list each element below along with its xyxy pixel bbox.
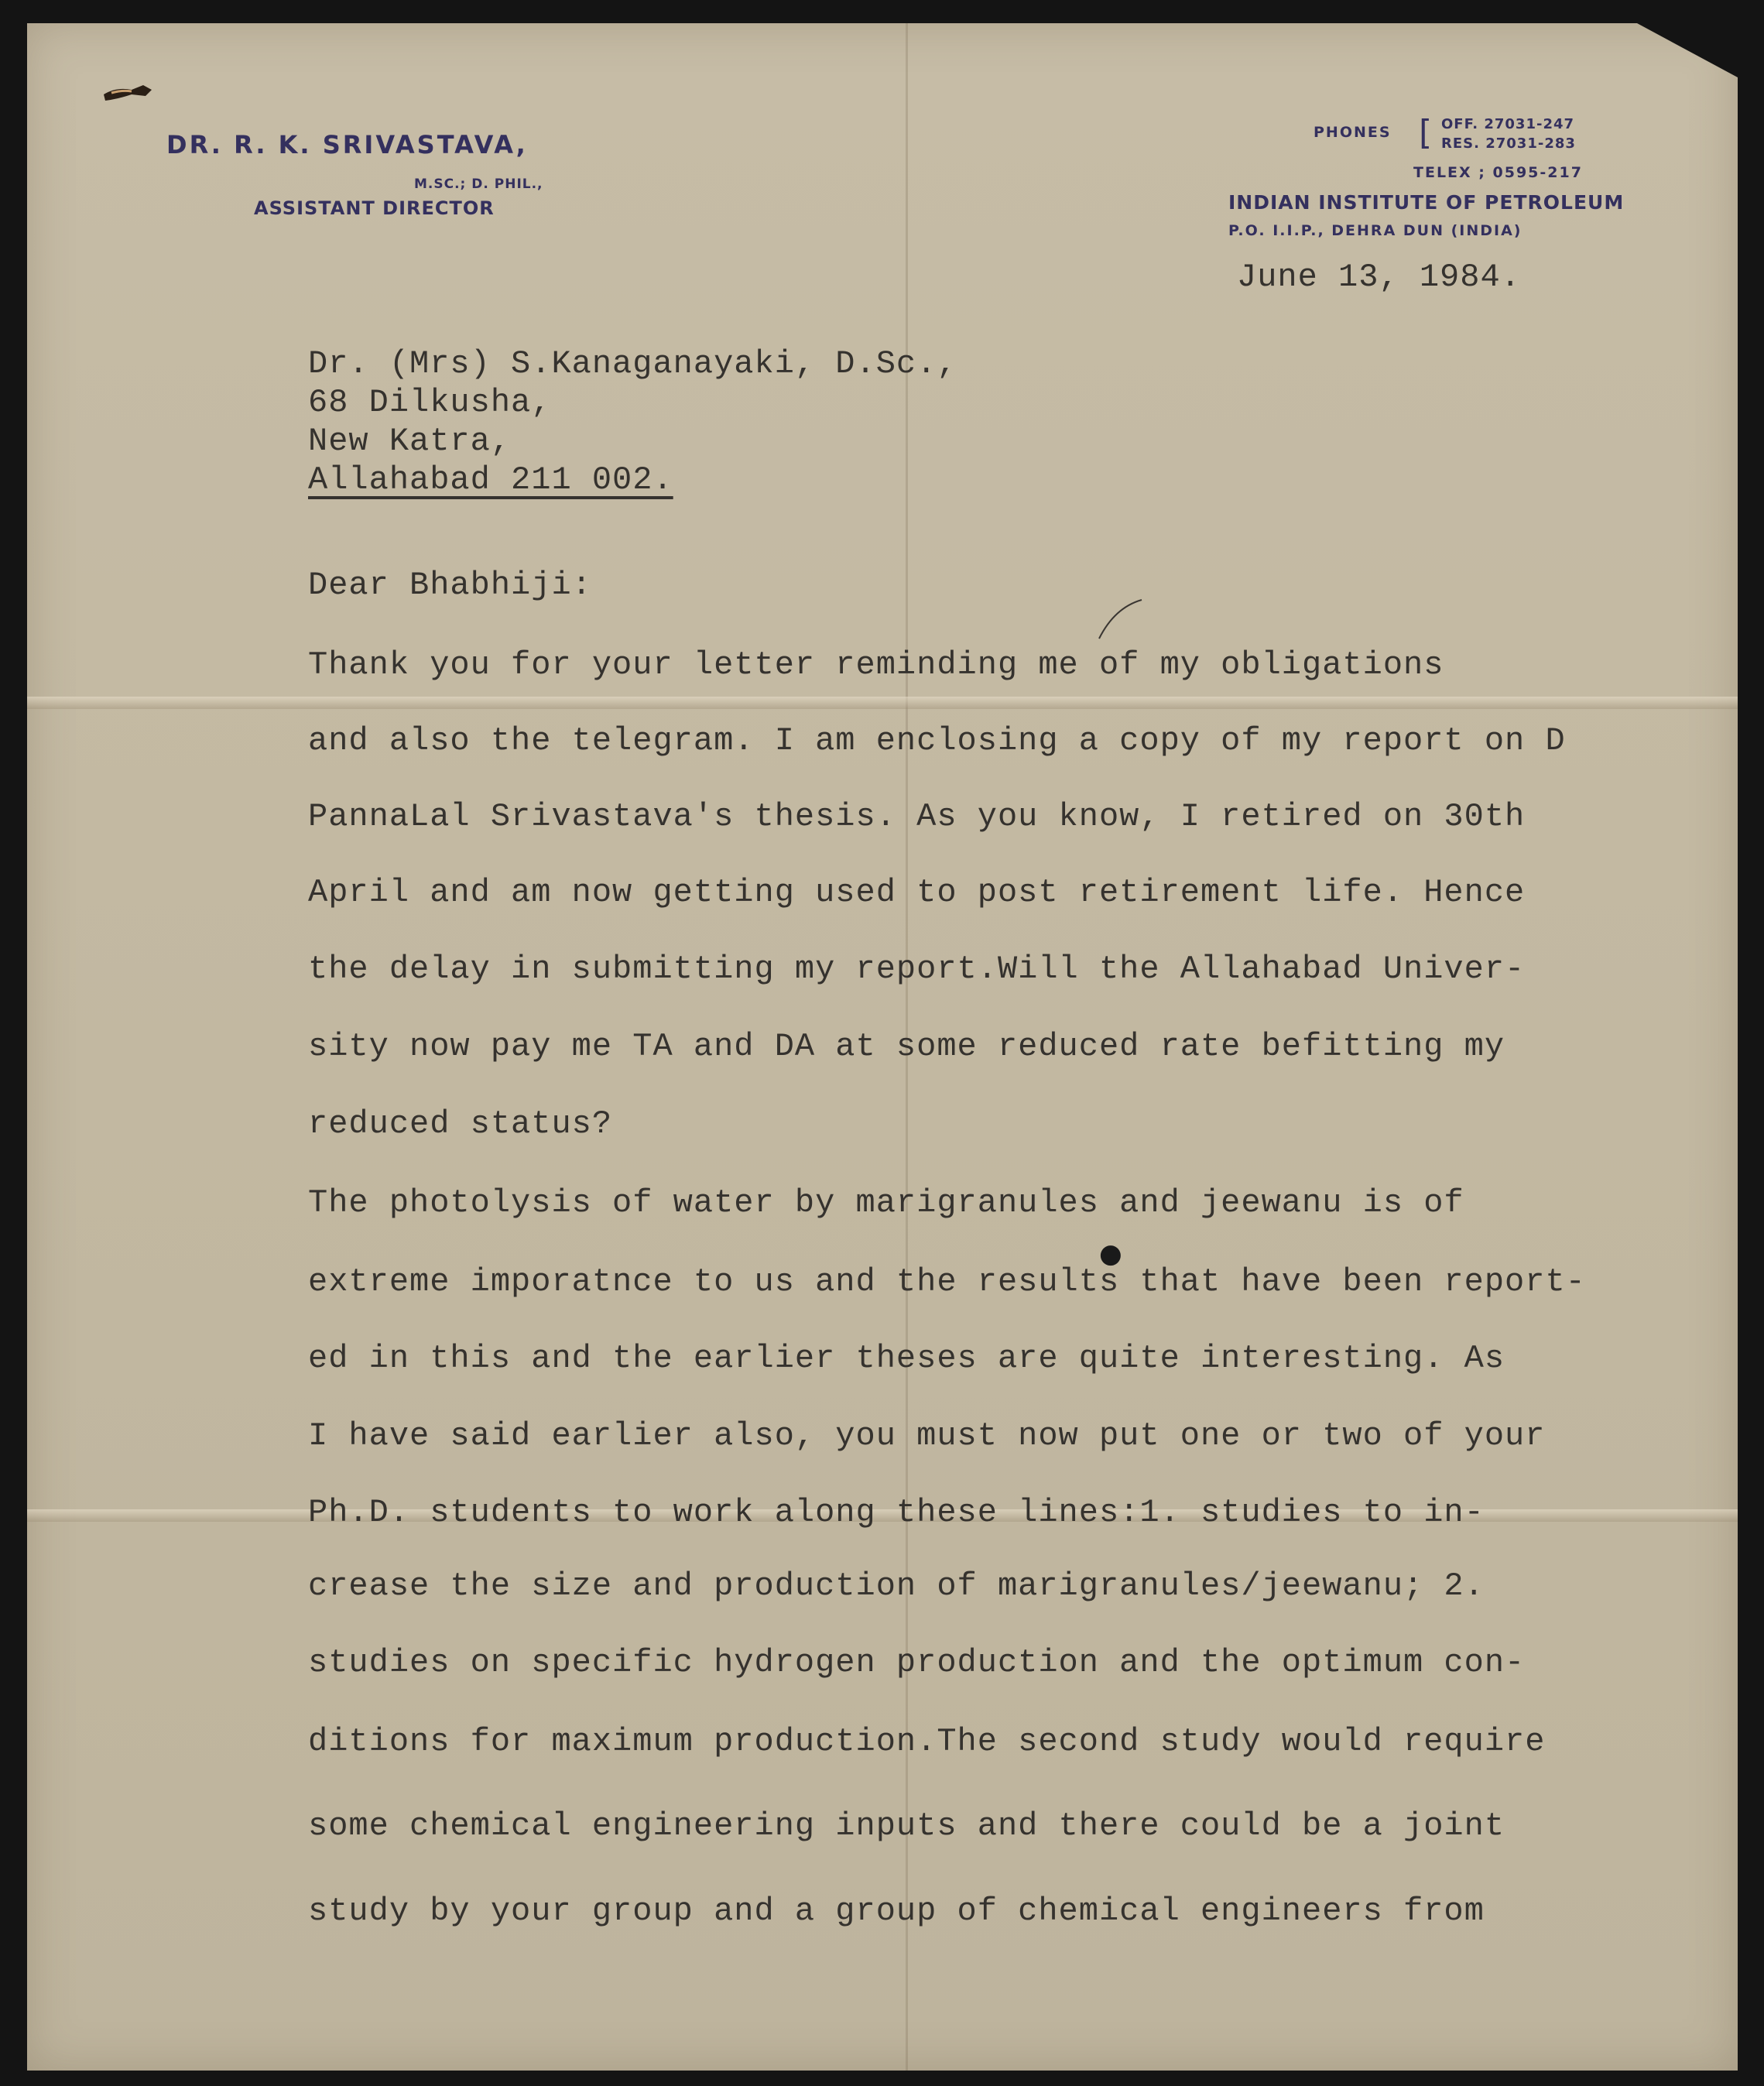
recipient-line: Dr. (Mrs) S.Kanaganayaki, D.Sc., xyxy=(308,345,957,382)
recipient-line: 68 Dilkusha, xyxy=(308,384,551,421)
phone-residence: RES. 27031-283 xyxy=(1441,135,1576,152)
recipient-line: Allahabad 211 002. xyxy=(308,461,673,498)
phone-office: OFF. 27031-247 xyxy=(1441,116,1574,132)
body-line: April and am now getting used to post re… xyxy=(308,874,1525,911)
body-line: reduced status? xyxy=(308,1105,612,1142)
letterhead-name: DR. R. K. SRIVASTAVA, xyxy=(166,130,528,159)
telex-number: TELEX ; 0595-217 xyxy=(1413,164,1583,181)
folded-corner xyxy=(1637,23,1738,77)
body-line: the delay in submitting my report.Will t… xyxy=(308,951,1525,988)
body-line: studies on specific hydrogen production … xyxy=(308,1644,1525,1681)
body-line: Thank you for your letter reminding me o… xyxy=(308,646,1444,683)
letter-date: June 13, 1984. xyxy=(1237,259,1521,296)
body-line: some chemical engineering inputs and the… xyxy=(308,1807,1505,1845)
body-line: ed in this and the earlier theses are qu… xyxy=(308,1340,1505,1377)
body-line: Ph.D. students to work along these lines… xyxy=(308,1494,1485,1531)
body-line: and also the telegram. I am enclosing a … xyxy=(308,722,1566,759)
body-line: The photolysis of water by marigranules … xyxy=(308,1184,1464,1221)
handwritten-correction-mark: ● xyxy=(1099,1238,1122,1269)
institute-address: P.O. I.I.P., DEHRA DUN (INDIA) xyxy=(1228,222,1522,239)
recipient-line: New Katra, xyxy=(308,423,511,460)
body-line: sity now pay me TA and DA at some reduce… xyxy=(308,1028,1505,1065)
pen-stroke-mark xyxy=(1084,596,1146,642)
salutation: Dear Bhabhiji: xyxy=(308,567,592,604)
letterhead-degrees: M.SC.; D. PHIL., xyxy=(414,176,543,192)
body-line: extreme imporatnce to us and the results… xyxy=(308,1263,1586,1300)
body-line: PannaLal Srivastava's thesis. As you kno… xyxy=(308,798,1525,835)
horizontal-fold-crease-top xyxy=(27,697,1738,709)
letterhead-title: ASSISTANT DIRECTOR xyxy=(254,197,495,219)
body-line: study by your group and a group of chemi… xyxy=(308,1892,1485,1930)
staple-hole-mark-icon xyxy=(101,77,155,104)
body-line: I have said earlier also, you must now p… xyxy=(308,1417,1545,1454)
body-line: crease the size and production of marigr… xyxy=(308,1567,1485,1605)
phones-bracket: [ xyxy=(1419,113,1433,152)
institute-name: INDIAN INSTITUTE OF PETROLEUM xyxy=(1228,191,1624,214)
phones-label: PHONES xyxy=(1314,124,1392,141)
body-line: ditions for maximum production.The secon… xyxy=(308,1723,1545,1760)
